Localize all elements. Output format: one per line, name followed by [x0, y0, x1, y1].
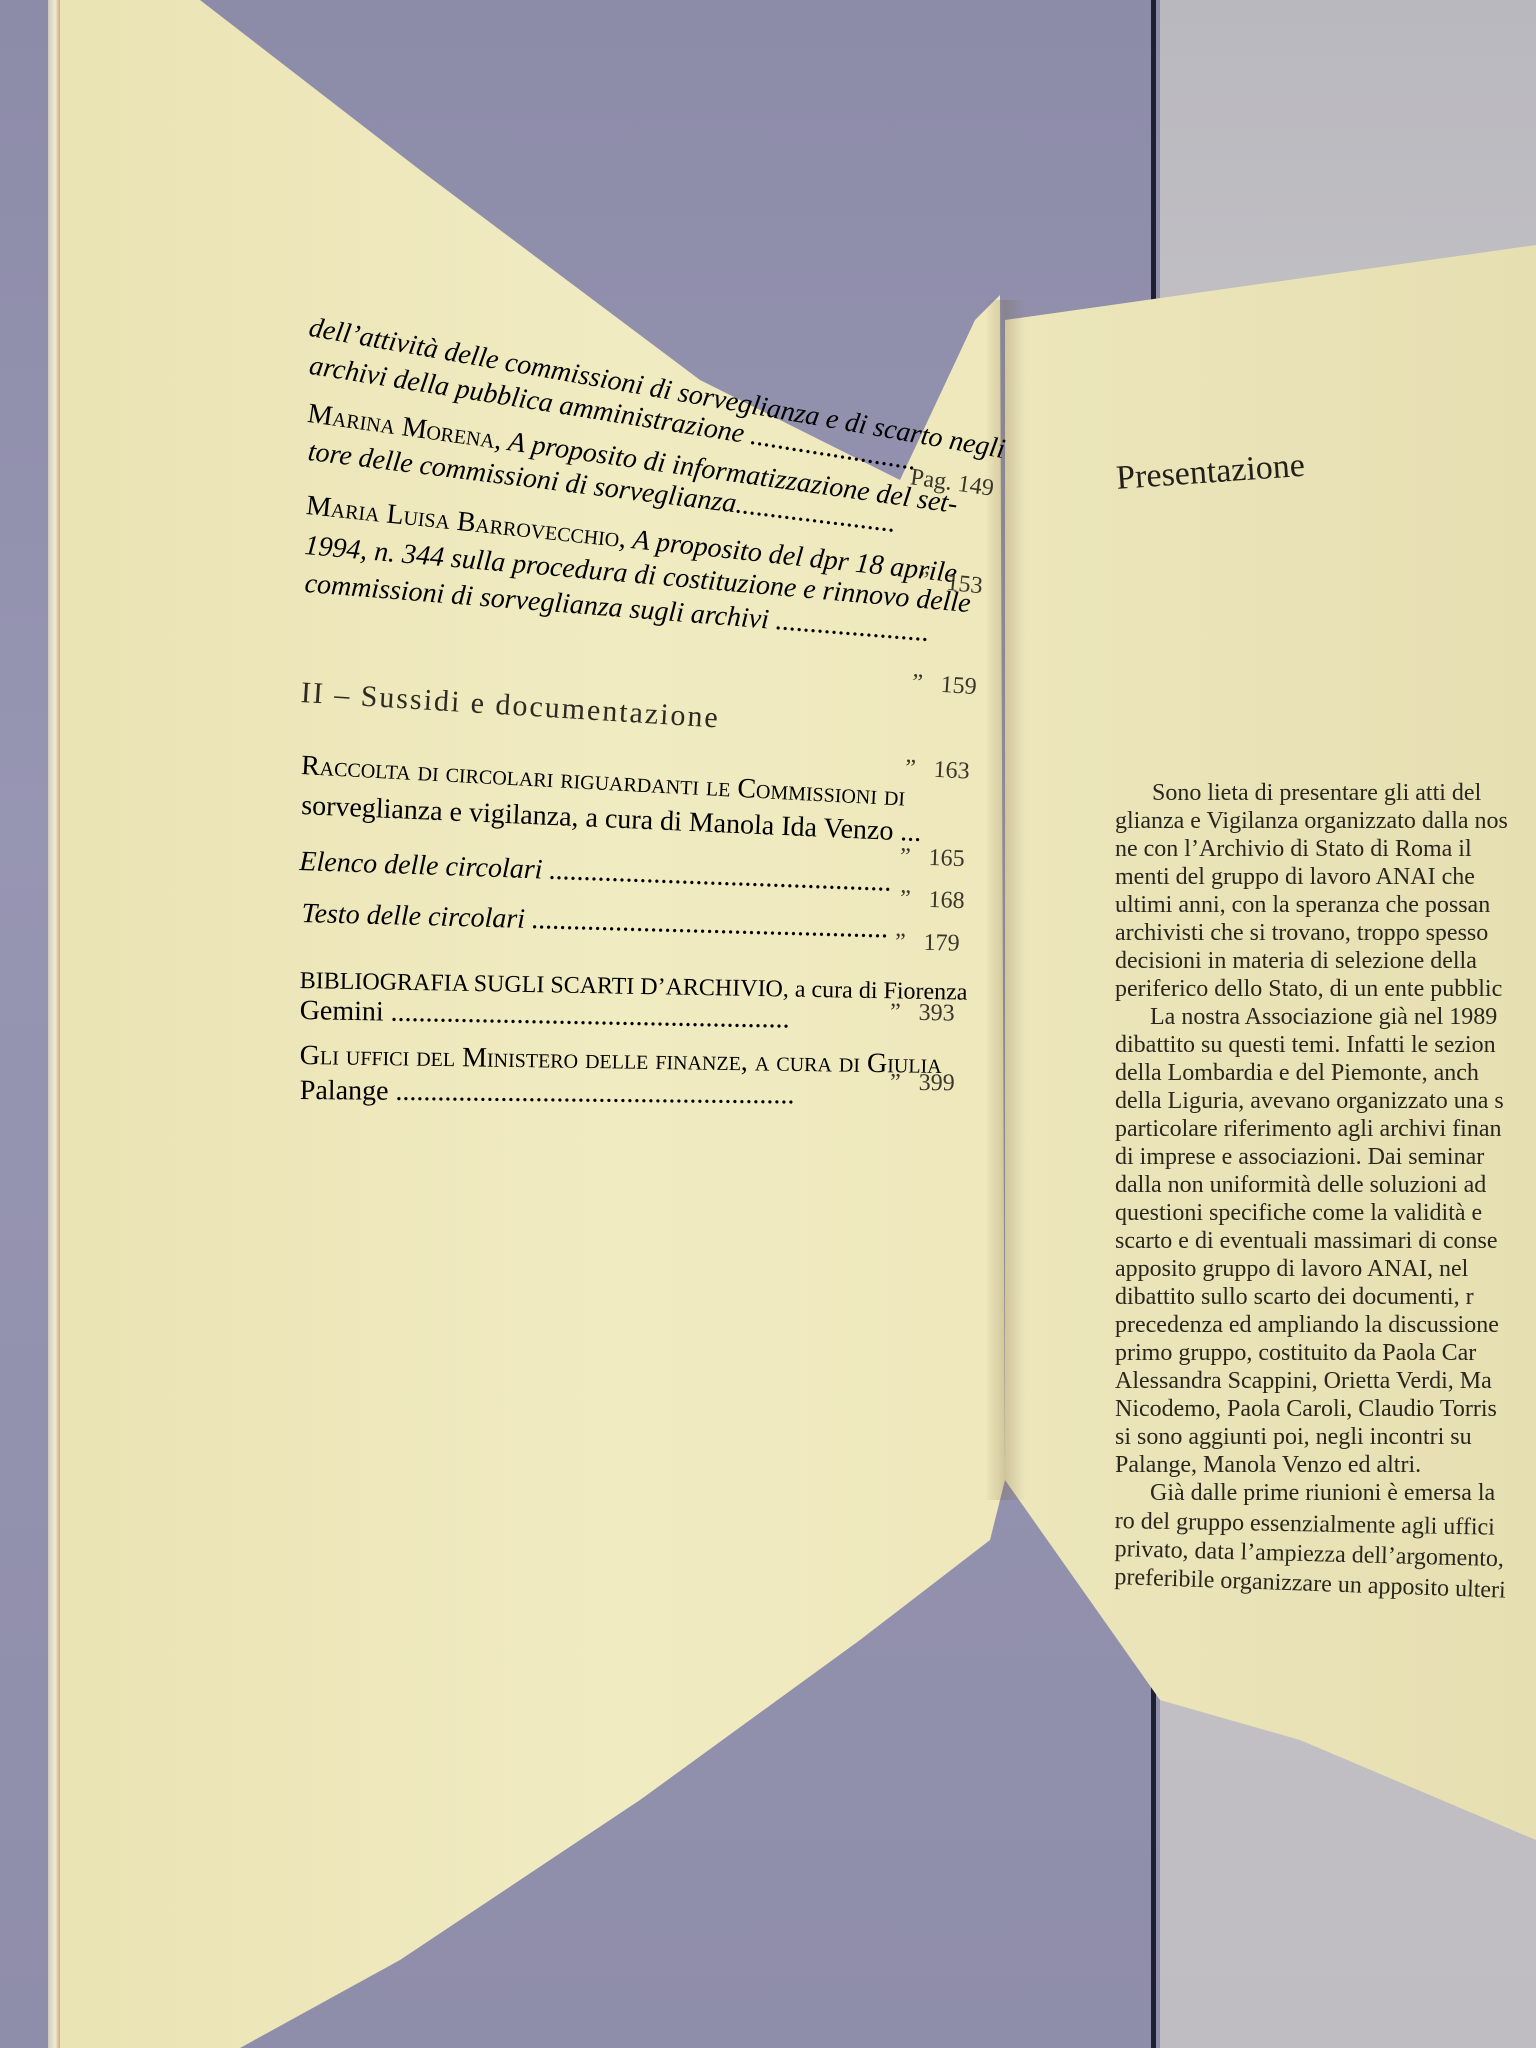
body-text-line: Già dalle prime riunioni è emersa la	[1150, 1480, 1495, 1507]
body-text-line: apposito gruppo di lavoro ANAI, nel	[1115, 1256, 1468, 1283]
body-text-line: decisioni in materia di selezione della	[1115, 948, 1477, 975]
body-text-line: Palange, Manola Venzo ed altri.	[1115, 1452, 1421, 1479]
body-text-line: questioni specifiche come la validità e	[1115, 1200, 1482, 1227]
body-text-line: menti del gruppo di lavoro ANAI che	[1115, 864, 1475, 891]
body-text-line: La nostra Associazione già nel 1989	[1150, 1004, 1497, 1031]
body-text-line: glianza e Vigilanza organizzato dalla no…	[1115, 808, 1508, 835]
toc-entry-line: Palange ................................…	[300, 1075, 795, 1111]
toc-page-number: ” 179	[895, 929, 960, 957]
toc-page-number: ” 159	[911, 670, 977, 701]
body-text-line: dibattito su questi temi. Infatti le sez…	[1115, 1032, 1496, 1059]
toc-page-number: ” 393	[890, 999, 955, 1027]
toc-page-number: ” 163	[904, 755, 970, 785]
body-text-line: particolare riferimento agli archivi fin…	[1115, 1116, 1501, 1143]
body-text-line: Sono lieta di presentare gli atti del	[1152, 780, 1481, 807]
body-text-line: si sono aggiunti poi, negli incontri su	[1115, 1424, 1472, 1451]
body-text-line: dibattito sullo scarto dei documenti, r	[1115, 1284, 1474, 1311]
body-text-line: ne con l’Archivio di Stato di Roma il	[1115, 836, 1472, 863]
toc-page-number: ” 168	[900, 886, 966, 915]
body-text-line: della Lombardia e del Piemonte, anch	[1115, 1060, 1479, 1087]
body-text-line: dalla non uniformità delle soluzioni ad	[1115, 1172, 1486, 1199]
body-text-line: archivisti che si trovano, troppo spesso	[1115, 920, 1488, 947]
body-text-line: primo gruppo, costituito da Paola Car	[1115, 1340, 1476, 1367]
toc-page-number: ” 399	[890, 1070, 955, 1098]
body-text-line: Alessandra Scappini, Orietta Verdi, Ma	[1115, 1368, 1492, 1395]
toc-page-number: ” 165	[900, 844, 966, 873]
body-text-line: precedenza ed ampliando la discussione	[1115, 1312, 1499, 1339]
body-text-line: Nicodemo, Paola Caroli, Claudio Torris	[1115, 1396, 1497, 1423]
body-text-line: periferico dello Stato, di un ente pubbl…	[1115, 976, 1502, 1003]
body-text-line: di imprese e associazioni. Dai seminar	[1115, 1144, 1484, 1171]
body-text-line: scarto e di eventuali massimari di conse	[1115, 1228, 1498, 1255]
body-text-line: della Liguria, avevano organizzato una s	[1115, 1088, 1504, 1115]
body-text-line: ultimi anni, con la speranza che possan	[1115, 892, 1490, 919]
